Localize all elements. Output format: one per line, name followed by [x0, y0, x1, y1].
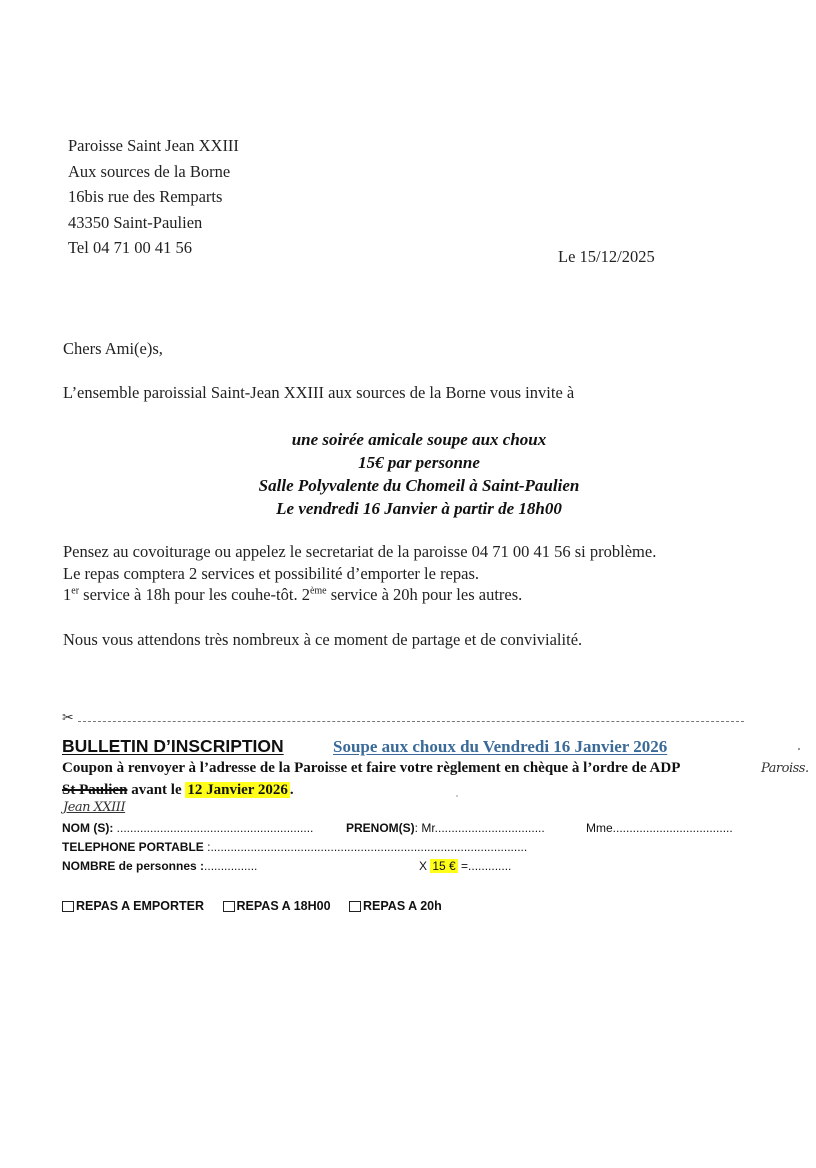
info-services: Le repas comptera 2 services et possibil… — [63, 563, 656, 585]
struck-text: St Paulien — [62, 782, 127, 798]
info-paragraph: Pensez au covoiturage ou appelez le secr… — [63, 541, 656, 606]
sender-line: Paroisse Saint Jean XXIII — [68, 133, 239, 159]
info-carpool: Pensez au covoiturage ou appelez le secr… — [63, 541, 656, 563]
text: avant le — [127, 782, 185, 798]
handwritten-annotation: Paroiss. — [761, 761, 809, 776]
multiply-sign: X — [419, 859, 430, 873]
coupon-deadline-line: St Paulien avant le 12 Janvier 2026. — [62, 782, 294, 799]
text: service à 20h pour les autres. — [327, 585, 523, 604]
prenom-mr-field[interactable]: PRENOM(S): Mr...........................… — [346, 821, 545, 835]
greeting: Chers Ami(e)s, — [63, 339, 163, 359]
bulletin-subtitle: Soupe aux choux du Vendredi 16 Janvier 2… — [333, 737, 667, 757]
option-label: REPAS A 20h — [363, 899, 442, 913]
text: 1 — [63, 585, 71, 604]
bulletin-title: BULLETIN D’INSCRIPTION — [62, 736, 284, 757]
total-price-field[interactable]: X 15 € =............. — [419, 859, 511, 873]
prenom-label: PRENOM(S) — [346, 821, 415, 835]
option-label: REPAS A EMPORTER — [76, 899, 204, 913]
event-venue: Salle Polyvalente du Chomeil à Saint-Pau… — [0, 474, 816, 497]
checkbox-icon[interactable] — [223, 901, 235, 912]
sender-line: Aux sources de la Borne — [68, 159, 239, 185]
prenom-mr-blank: : Mr................................. — [415, 821, 545, 835]
text: . — [290, 782, 294, 798]
checkbox-icon[interactable] — [349, 901, 361, 912]
checkbox-icon[interactable] — [62, 901, 74, 912]
text: service à 18h pour les couhe-tôt. 2 — [79, 585, 310, 604]
scan-speck — [456, 795, 458, 797]
coupon-instructions: Coupon à renvoyer à l’adresse de la Paro… — [62, 760, 680, 777]
event-datetime: Le vendredi 16 Janvier à partir de 18h00 — [0, 497, 816, 520]
sender-line: 16bis rue des Remparts — [68, 184, 239, 210]
event-title: une soirée amicale soupe aux choux — [0, 428, 816, 451]
nom-label: NOM (S): — [62, 821, 113, 835]
superscript: ème — [310, 586, 327, 597]
handwritten-correction: Jean XXIII — [63, 800, 125, 815]
dashed-divider — [78, 721, 744, 722]
option-label: REPAS A 18H00 — [237, 899, 331, 913]
telephone-label: TELEPHONE PORTABLE — [62, 840, 204, 854]
nom-field[interactable]: NOM (S): ...............................… — [62, 821, 313, 835]
deadline-highlight: 12 Janvier 2026 — [185, 782, 290, 798]
telephone-blank: :.......................................… — [204, 840, 527, 854]
event-price: 15€ par personne — [0, 451, 816, 474]
sender-line: Tel 04 71 00 41 56 — [68, 235, 239, 261]
superscript: er — [71, 586, 79, 597]
telephone-field[interactable]: TELEPHONE PORTABLE :....................… — [62, 840, 527, 854]
event-details: une soirée amicale soupe aux choux 15€ p… — [0, 428, 816, 520]
scissors-icon: ✂ — [62, 709, 74, 726]
nom-blank: ........................................… — [113, 821, 313, 835]
option-emporter[interactable]: REPAS A EMPORTER — [62, 899, 204, 913]
nombre-blank: ................ — [204, 859, 257, 873]
closing-paragraph: Nous vous attendons très nombreux à ce m… — [63, 630, 582, 650]
total-blank: =............. — [458, 859, 512, 873]
info-schedule: 1er service à 18h pour les couhe-tôt. 2è… — [63, 584, 656, 606]
letter-date: Le 15/12/2025 — [558, 247, 655, 267]
nombre-label: NOMBRE de personnes : — [62, 859, 204, 873]
sender-address: Paroisse Saint Jean XXIII Aux sources de… — [68, 133, 239, 261]
nombre-field[interactable]: NOMBRE de personnes :................ — [62, 859, 257, 873]
unit-price-highlight: 15 € — [430, 859, 457, 873]
intro-paragraph: L’ensemble paroissial Saint-Jean XXIII a… — [63, 383, 574, 403]
cut-line: ✂ — [62, 712, 744, 726]
scan-speck — [798, 748, 800, 750]
option-20h[interactable]: REPAS A 20h — [349, 899, 442, 913]
option-18h[interactable]: REPAS A 18H00 — [223, 899, 331, 913]
sender-line: 43350 Saint-Paulien — [68, 210, 239, 236]
prenom-mme-field[interactable]: Mme.................................... — [586, 821, 733, 835]
meal-options: REPAS A EMPORTER REPAS A 18H00 REPAS A 2… — [62, 899, 457, 915]
